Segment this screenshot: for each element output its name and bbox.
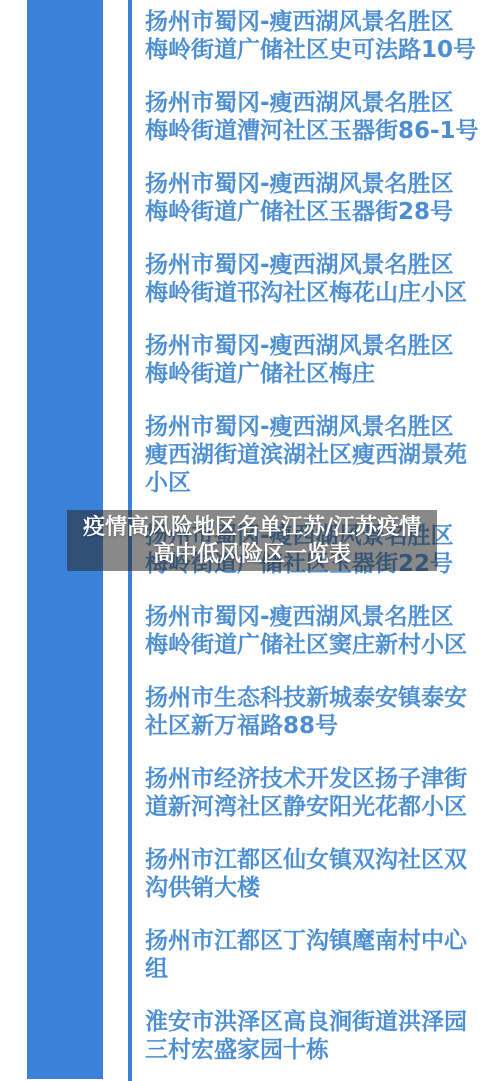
list-item-line: 扬州市蜀冈-瘦西湖风景名胜区 (145, 332, 475, 360)
list-item-line: 梅岭街道广储社区史可法路10号 (145, 36, 475, 64)
list-item: 扬州市江都区丁沟镇麾南村中心组 (145, 927, 475, 983)
banner-title-line-1: 疫情高风险地区名单江苏/江苏疫情 (67, 514, 437, 541)
list-item-line: 扬州市蜀冈-瘦西湖风景名胜区 (145, 413, 475, 441)
page: 扬州市蜀冈-瘦西湖风景名胜区梅岭街道广储社区史可法路10号扬州市蜀冈-瘦西湖风景… (0, 0, 500, 1081)
list-item-line: 社区新万福路88号 (145, 712, 475, 740)
title-banner-overlay: 疫情高风险地区名单江苏/江苏疫情 高中低风险区一览表 (67, 510, 437, 571)
list-item-line: 扬州市江都区丁沟镇麾南村中心 (145, 927, 475, 955)
list-item-line: 三村宏盛家园十栋 (145, 1036, 475, 1064)
list-item-line: 小区 (145, 469, 475, 497)
list-item: 扬州市蜀冈-瘦西湖风景名胜区梅岭街道广储社区史可法路10号 (145, 8, 475, 64)
list-item-line: 瘦西湖街道滨湖社区瘦西湖景苑 (145, 441, 475, 469)
list-item-line: 扬州市蜀冈-瘦西湖风景名胜区 (145, 89, 475, 117)
list-item-line: 扬州市蜀冈-瘦西湖风景名胜区 (145, 251, 475, 279)
list-item: 扬州市蜀冈-瘦西湖风景名胜区梅岭街道广储社区玉器街28号 (145, 170, 475, 226)
list-item: 扬州市蜀冈-瘦西湖风景名胜区梅岭街道邗沟社区梅花山庄小区 (145, 251, 475, 307)
banner-title-line-2: 高中低风险区一览表 (67, 541, 437, 568)
list-item-line: 扬州市蜀冈-瘦西湖风景名胜区 (145, 170, 475, 198)
list-item-line: 淮安市洪泽区高良涧街道洪泽园 (145, 1008, 475, 1036)
list-item: 扬州市蜀冈-瘦西湖风景名胜区梅岭街道漕河社区玉器街86-1号 (145, 89, 475, 145)
list-item-line: 扬州市生态科技新城泰安镇泰安 (145, 684, 475, 712)
list-item: 扬州市生态科技新城泰安镇泰安社区新万福路88号 (145, 684, 475, 740)
list-item-line: 梅岭街道广储社区窦庄新村小区 (145, 631, 475, 659)
list-item-line: 扬州市蜀冈-瘦西湖风景名胜区 (145, 8, 475, 36)
list-item: 淮安市洪泽区高良涧街道洪泽园三村宏盛家园十栋 (145, 1008, 475, 1064)
list-item-line: 道新河湾社区静安阳光花都小区 (145, 793, 475, 821)
list-item-line: 梅岭街道广储社区玉器街28号 (145, 198, 475, 226)
list-item-line: 梅岭街道邗沟社区梅花山庄小区 (145, 279, 475, 307)
list-item-line: 沟供销大楼 (145, 874, 475, 902)
list-item: 扬州市蜀冈-瘦西湖风景名胜区瘦西湖街道滨湖社区瘦西湖景苑小区 (145, 413, 475, 497)
list-item-line: 组 (145, 955, 475, 983)
list-item: 扬州市蜀冈-瘦西湖风景名胜区梅岭街道广储社区窦庄新村小区 (145, 603, 475, 659)
list-item: 扬州市江都区仙女镇双沟社区双沟供销大楼 (145, 846, 475, 902)
list-item-line: 梅岭街道漕河社区玉器街86-1号 (145, 117, 475, 145)
list-item-line: 梅岭街道广储社区梅庄 (145, 360, 475, 388)
list-item-line: 扬州市经济技术开发区扬子津街 (145, 765, 475, 793)
list-item-line: 扬州市江都区仙女镇双沟社区双 (145, 846, 475, 874)
list-item-line: 扬州市蜀冈-瘦西湖风景名胜区 (145, 603, 475, 631)
list-item: 扬州市蜀冈-瘦西湖风景名胜区梅岭街道广储社区梅庄 (145, 332, 475, 388)
list-item: 扬州市经济技术开发区扬子津街道新河湾社区静安阳光花都小区 (145, 765, 475, 821)
